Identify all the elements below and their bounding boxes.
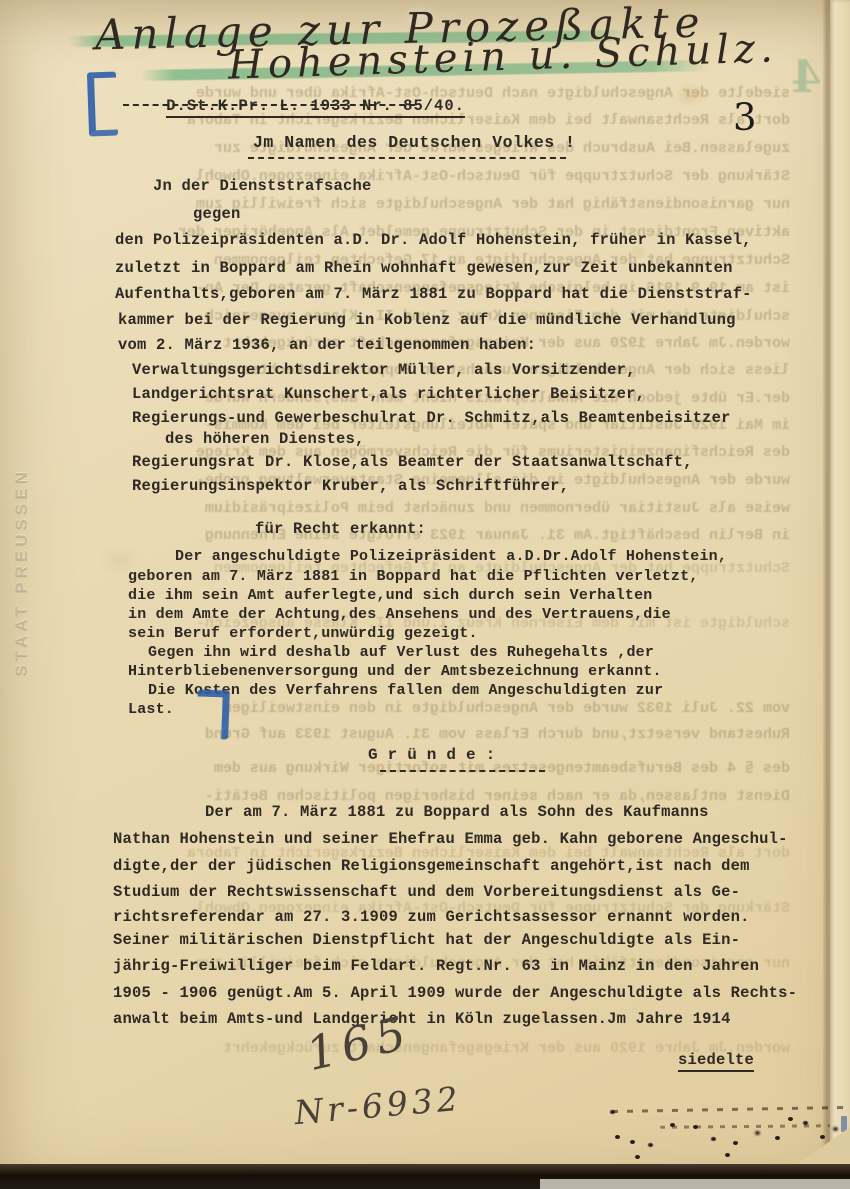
catchword-text: siedelte xyxy=(678,1051,754,1072)
bleedthrough-numeral: 4 xyxy=(791,52,822,103)
grounds-line: digte,der der jüdischen Religionsgemeins… xyxy=(113,857,750,875)
underlying-page-edge xyxy=(830,0,850,1168)
paper-watermark: STAAT PREUSSEN xyxy=(12,468,32,676)
grounds-line: Seiner militärischen Dienstpflicht hat d… xyxy=(113,931,740,949)
grounds-heading: G r ü n d e : xyxy=(368,746,495,764)
page-number: 3 xyxy=(733,96,757,139)
body-line: Regierungsrat Dr. Klose,als Beamter der … xyxy=(132,453,693,471)
body-line: Landgerichtsrat Kunschert,als richterlic… xyxy=(132,385,645,403)
pencil-file-number: Nr-6932 xyxy=(293,1079,464,1132)
grounds-line: jährig-Freiwilliger beim Feldart. Regt.N… xyxy=(113,957,759,975)
blue-bracket-open xyxy=(87,72,118,137)
body-line: Regierungsinspektor Kruber, als Schriftf… xyxy=(132,477,569,495)
grounds-line: richtsreferendar am 27. 3.1909 zum Geric… xyxy=(113,908,750,926)
grounds-line: 1905 - 1906 genügt.Am 5. April 1909 wurd… xyxy=(113,984,797,1002)
body-line: für Recht erkannt: xyxy=(255,520,426,538)
grounds-line: Nathan Hohenstein und seiner Ehefrau Emm… xyxy=(113,830,788,848)
grounds-dashed-underline xyxy=(380,770,545,772)
body-line: zuletzt in Boppard am Rhein wohnhaft gew… xyxy=(115,259,733,277)
scanned-document-page: siedelte der Angeschuldigte nach Deutsch… xyxy=(0,0,850,1189)
verdict-line: Hinterbliebenenversorgung und der Amtsbe… xyxy=(128,663,662,680)
verdict-line: die ihm sein Amt auferlegte,und sich dur… xyxy=(128,587,652,604)
bleedthrough-line: nur garnisondienstfähig hat der Angeschu… xyxy=(65,196,790,213)
ink-specks xyxy=(615,1135,620,1139)
verdict-line: sein Beruf erfordert,unwürdig gezeigt. xyxy=(128,625,478,642)
blue-bracket-close xyxy=(196,689,230,739)
page-edge-crease xyxy=(822,0,830,1168)
file-reference: D.St.K.Pr. L. 1933 Nr. 85/40. xyxy=(125,79,465,133)
body-line: Jn der Dienststrafsache xyxy=(153,177,372,195)
file-reference-dashed-underline xyxy=(123,104,415,106)
file-reference-text: D.St.K.Pr. L. 1933 Nr. 85/40. xyxy=(166,97,465,118)
body-line: Aufenthalts,geboren am 7. März 1881 zu B… xyxy=(115,285,752,303)
catchword: siedelte xyxy=(640,1033,754,1087)
verdict-line: in dem Amte der Achtung,des Ansehens und… xyxy=(128,606,671,623)
verdict-line: geboren am 7. März 1881 in Boppard hat d… xyxy=(128,568,699,585)
document-title: Jm Namen des Deutschen Volkes ! xyxy=(253,133,575,152)
body-line: gegen xyxy=(193,205,241,223)
body-line: Verwaltungsgerichtsdirektor Müller, als … xyxy=(132,361,636,379)
folded-corner xyxy=(796,1127,850,1165)
body-line: den Polizeipräsidenten a.D. Dr. Adolf Ho… xyxy=(115,231,752,249)
body-line: vom 2. März 1936, an der teilgenommen ha… xyxy=(118,336,536,354)
body-line: kammer bei der Regierung in Koblenz auf … xyxy=(118,311,736,329)
ink-speck-row xyxy=(612,1106,847,1113)
bleedthrough-line: Ruhestand versetzt,und durch Erlass vom … xyxy=(65,726,790,743)
grounds-line: Der am 7. März 1881 zu Boppard als Sohn … xyxy=(205,803,709,821)
scanner-edge xyxy=(540,1179,850,1189)
verdict-line: Last. xyxy=(128,701,174,718)
title-dashed-underline xyxy=(248,157,566,159)
verdict-line: Gegen ihn wird deshalb auf Verlust des R… xyxy=(148,644,654,661)
grounds-line: anwalt beim Amts-und Landgericht in Köln… xyxy=(113,1010,731,1028)
bleedthrough-line: in Berlin beschäftigt.Am 31. Januar 1923… xyxy=(65,527,790,544)
verdict-line: Der angeschuldigte Polizeipräsident a.D.… xyxy=(175,548,727,565)
grounds-line: Studium der Rechtswissenschaft und dem V… xyxy=(113,883,740,901)
body-line: des höheren Dienstes, xyxy=(165,430,365,448)
body-line: Regierungs-und Gewerbeschulrat Dr. Schmi… xyxy=(132,409,731,427)
bleedthrough-line: weise als Justitiar übernommen und zunäc… xyxy=(65,500,790,517)
